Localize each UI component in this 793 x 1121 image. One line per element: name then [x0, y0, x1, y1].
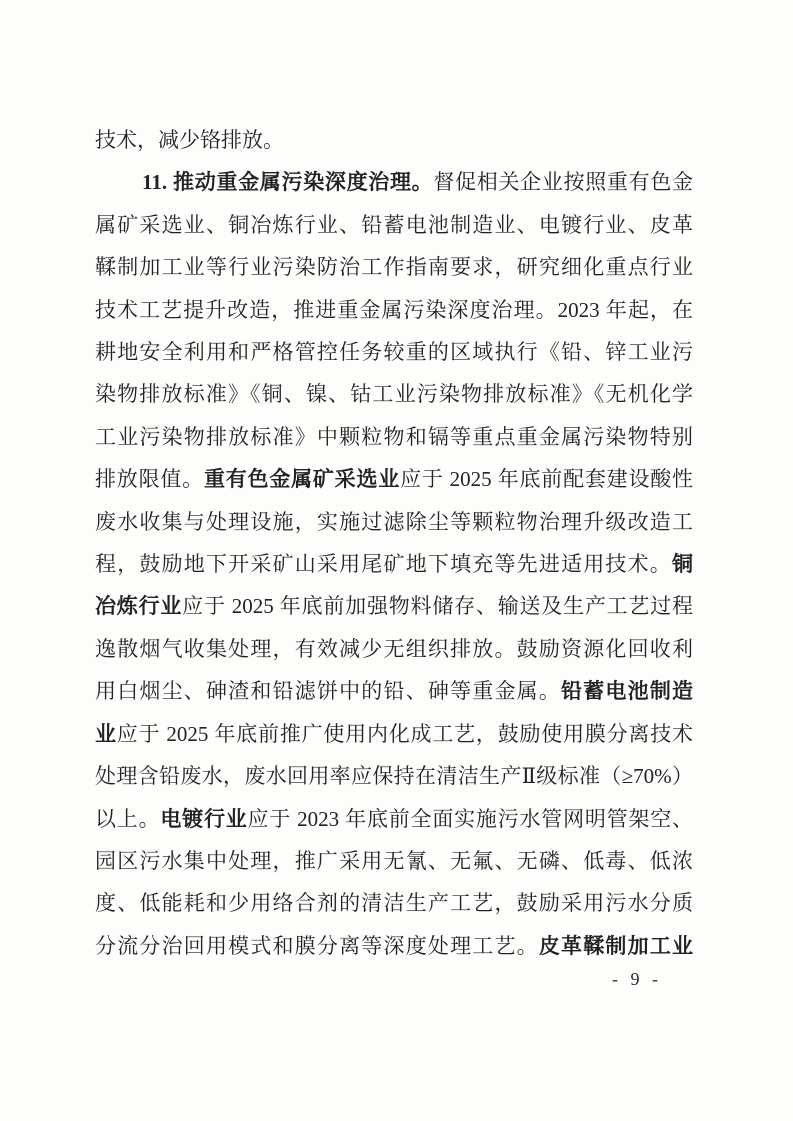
- text-run: 废水收集与处理设施，实施过滤除尘等颗粒物治理升级改造工: [95, 510, 693, 534]
- text-line: 排放限值。重有色金属矿采选业应于 2025 年底前配套建设酸性: [95, 458, 693, 500]
- text-line: 鞣制加工业等行业污染防治工作指南要求，研究细化重点行业: [95, 246, 693, 288]
- text-run: 属矿采选业、铜冶炼行业、铅蓄电池制造业、电镀行业、皮革: [95, 213, 693, 237]
- text-line: 废水收集与处理设施，实施过滤除尘等颗粒物治理升级改造工: [95, 501, 693, 543]
- text-run: 处理含铅废水，废水回用率应保持在清洁生产Ⅱ级标准（≥70%）: [95, 764, 693, 788]
- text-line: 属矿采选业、铜冶炼行业、铅蓄电池制造业、电镀行业、皮革: [95, 204, 693, 246]
- text-line: 11. 推动重金属污染深度治理。督促相关企业按照重有色金: [95, 161, 693, 203]
- text-run: 鞣制加工业等行业污染防治工作指南要求，研究细化重点行业: [95, 255, 693, 279]
- text-run: 程，鼓励地下开采矿山采用尾矿地下填充等先进适用技术。: [95, 552, 672, 576]
- text-line: 园区污水集中处理，推广采用无氰、无氟、无磷、低毒、低浓: [95, 840, 693, 882]
- text-run: 应于 2025 年底前加强物料储存、输送及生产工艺过程: [182, 594, 693, 618]
- text-line: 技术工艺提升改造，推进重金属污染深度治理。2023 年起，在: [95, 289, 693, 331]
- bold-text-run: 皮革鞣制加工业: [539, 934, 693, 958]
- text-line: 业应于 2025 年底前推广使用内化成工艺，鼓励使用膜分离技术: [95, 713, 693, 755]
- text-run: 以上。: [95, 807, 160, 831]
- bold-text-run: 冶炼行业: [95, 594, 182, 618]
- document-page: 技术，减少铬排放。11. 推动重金属污染深度治理。督促相关企业按照重有色金属矿采…: [0, 0, 793, 1121]
- text-run: 应于 2025 年底前配套建设酸性: [400, 467, 693, 491]
- text-line: 度、低能耗和少用络合剂的清洁生产工艺，鼓励采用污水分质: [95, 882, 693, 924]
- text-line: 染物排放标准》《铜、镍、钴工业污染物排放标准》《无机化学: [95, 373, 693, 415]
- text-run: 分流分治回用模式和膜分离等深度处理工艺。: [95, 934, 539, 958]
- text-run: 用白烟尘、砷渣和铅滤饼中的铅、砷等重金属。: [95, 679, 561, 703]
- bold-text-run: 重有色金属矿采选业: [204, 467, 400, 491]
- text-line: 用白烟尘、砷渣和铅滤饼中的铅、砷等重金属。铅蓄电池制造: [95, 670, 693, 712]
- text-run: 督促相关企业按照重有色金: [433, 170, 693, 194]
- text-line: 逸散烟气收集处理，有效减少无组织排放。鼓励资源化回收利: [95, 628, 693, 670]
- page-number: - 9 -: [612, 969, 662, 990]
- bold-text-run: 铜: [672, 552, 693, 576]
- bold-text-run: 业: [95, 722, 117, 746]
- text-line: 冶炼行业应于 2025 年底前加强物料储存、输送及生产工艺过程: [95, 585, 693, 627]
- text-line: 以上。电镀行业应于 2023 年底前全面实施污水管网明管架空、: [95, 798, 693, 840]
- text-run: 工业污染物排放标准》中颗粒物和镉等重点重金属污染物特别: [95, 425, 693, 449]
- bold-text-run: 铅蓄电池制造: [561, 679, 693, 703]
- text-line: 分流分治回用模式和膜分离等深度处理工艺。皮革鞣制加工业: [95, 925, 693, 967]
- text-run: 园区污水集中处理，推广采用无氰、无氟、无磷、低毒、低浓: [95, 849, 693, 873]
- text-run: 应于 2025 年底前推广使用内化成工艺，鼓励使用膜分离技术: [117, 722, 693, 746]
- text-run: 技术工艺提升改造，推进重金属污染深度治理。2023 年起，在: [95, 298, 693, 322]
- text-line: 程，鼓励地下开采矿山采用尾矿地下填充等先进适用技术。铜: [95, 543, 693, 585]
- bold-text-run: 电镀行业: [160, 807, 247, 831]
- text-run: 逸散烟气收集处理，有效减少无组织排放。鼓励资源化回收利: [95, 637, 693, 661]
- text-line: 耕地安全利用和严格管控任务较重的区域执行《铅、锌工业污: [95, 331, 693, 373]
- text-run: 应于 2023 年底前全面实施污水管网明管架空、: [248, 807, 693, 831]
- text-run: 耕地安全利用和严格管控任务较重的区域执行《铅、锌工业污: [95, 340, 693, 364]
- text-run: 度、低能耗和少用络合剂的清洁生产工艺，鼓励采用污水分质: [95, 891, 693, 915]
- text-line: 技术，减少铬排放。: [95, 119, 693, 161]
- bold-text-run: 11. 推动重金属污染深度治理。: [142, 170, 433, 194]
- text-run: 技术，减少铬排放。: [95, 128, 284, 152]
- document-body: 技术，减少铬排放。11. 推动重金属污染深度治理。督促相关企业按照重有色金属矿采…: [95, 119, 693, 967]
- text-line: 处理含铅废水，废水回用率应保持在清洁生产Ⅱ级标准（≥70%）: [95, 755, 693, 797]
- text-run: 染物排放标准》《铜、镍、钴工业污染物排放标准》《无机化学: [95, 382, 693, 406]
- text-line: 工业污染物排放标准》中颗粒物和镉等重点重金属污染物特别: [95, 416, 693, 458]
- text-run: 排放限值。: [95, 467, 204, 491]
